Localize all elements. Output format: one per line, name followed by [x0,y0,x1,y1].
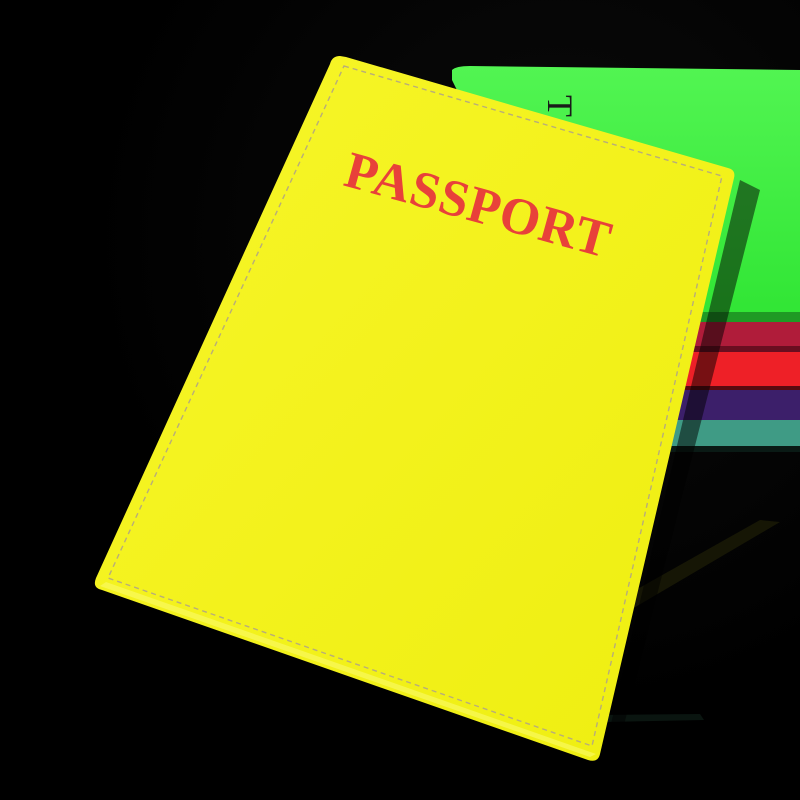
product-photo: T PASSPORT [0,0,800,800]
front-cover: PASSPORT [95,56,760,780]
passport-stack-illustration: T PASSPORT [0,0,800,800]
green-cover-text: T [540,95,580,117]
